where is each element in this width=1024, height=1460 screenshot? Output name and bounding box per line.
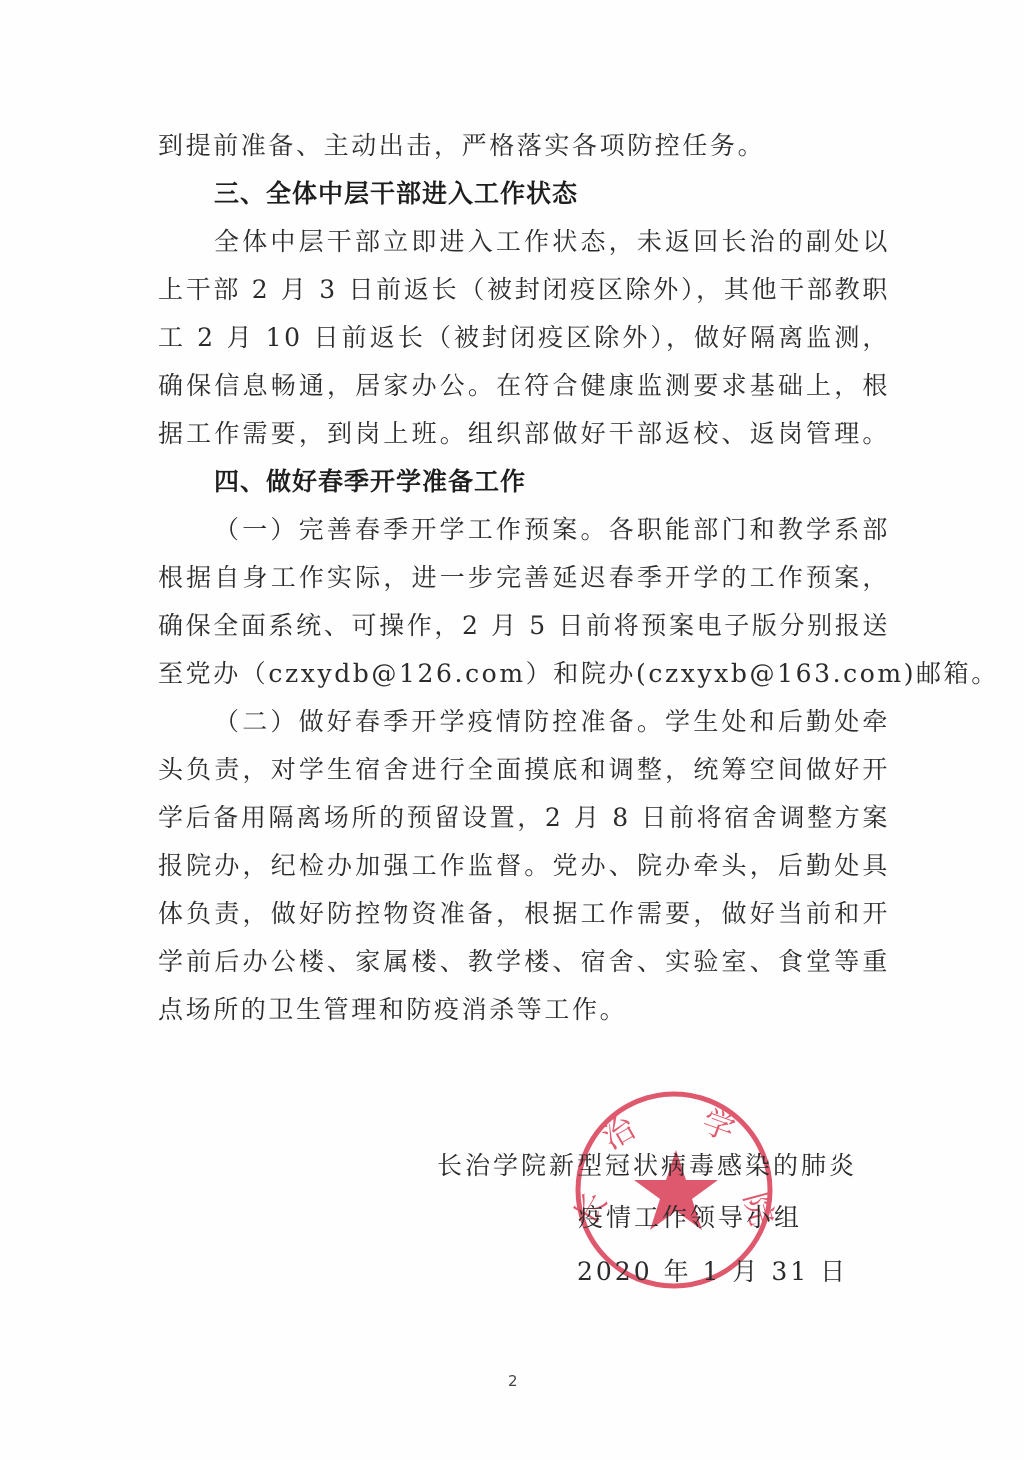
body-line: 确保全面系统、可操作，2 月 5 日前将预案电子版分别报送 bbox=[158, 602, 890, 650]
body-line: 至党办（czxydb@126.com）和院办(czxyxb@163.com)邮箱… bbox=[158, 650, 890, 698]
body-line: 头负责，对学生宿舍进行全面摸底和调整，统筹空间做好开 bbox=[158, 746, 890, 794]
body-line: 到提前准备、主动出击，严格落实各项防控任务。 bbox=[158, 122, 890, 170]
stamp-char: 院 bbox=[736, 1188, 776, 1229]
signature-date: 2020 年 1 月 31 日 bbox=[577, 1252, 848, 1288]
star-icon bbox=[634, 1150, 718, 1230]
section-heading-3: 三、全体中层干部进入工作状态 bbox=[158, 170, 890, 218]
body-line: 上干部 2 月 3 日前返长（被封闭疫区除外），其他干部教职 bbox=[158, 266, 890, 314]
official-seal-stamp-icon: 学 院 长 治 bbox=[572, 1088, 776, 1292]
body-line: 点场所的卫生管理和防疫消杀等工作。 bbox=[158, 986, 890, 1034]
body-line: 学前后办公楼、家属楼、教学楼、宿舍、实验室、食堂等重 bbox=[158, 938, 890, 986]
document-body: 到提前准备、主动出击，严格落实各项防控任务。 三、全体中层干部进入工作状态 全体… bbox=[158, 122, 890, 1034]
body-line: （一）完善春季开学工作预案。各职能部门和教学系部 bbox=[158, 506, 890, 554]
body-line: 全体中层干部立即进入工作状态，未返回长治的副处以 bbox=[158, 218, 890, 266]
body-line: （二）做好春季开学疫情防控准备。学生处和后勤处牵 bbox=[158, 698, 890, 746]
body-line: 根据自身工作实际，进一步完善延迟春季开学的工作预案， bbox=[158, 554, 890, 602]
signature-organization-line1: 长治学院新型冠状病毒感染的肺炎 bbox=[437, 1146, 857, 1182]
stamp-char: 治 bbox=[595, 1108, 643, 1157]
body-line: 工 2 月 10 日前返长（被封闭疫区除外），做好隔离监测， bbox=[158, 314, 890, 362]
stamp-char: 长 bbox=[572, 1185, 615, 1232]
body-line: 报院办，纪检办加强工作监督。党办、院办牵头，后勤处具 bbox=[158, 842, 890, 890]
stamp-char: 学 bbox=[697, 1102, 740, 1149]
body-line: 学后备用隔离场所的预留设置，2 月 8 日前将宿舍调整方案 bbox=[158, 794, 890, 842]
body-line: 确保信息畅通，居家办公。在符合健康监测要求基础上，根 bbox=[158, 362, 890, 410]
section-heading-4: 四、做好春季开学准备工作 bbox=[158, 458, 890, 506]
body-line: 体负责，做好防控物资准备，根据工作需要，做好当前和开 bbox=[158, 890, 890, 938]
document-page: 到提前准备、主动出击，严格落实各项防控任务。 三、全体中层干部进入工作状态 全体… bbox=[0, 0, 1024, 1460]
signature-organization-line2: 疫情工作领导小组 bbox=[578, 1198, 802, 1234]
body-line: 据工作需要，到岗上班。组织部做好干部返校、返岗管理。 bbox=[158, 410, 890, 458]
page-number: 2 bbox=[508, 1372, 518, 1390]
